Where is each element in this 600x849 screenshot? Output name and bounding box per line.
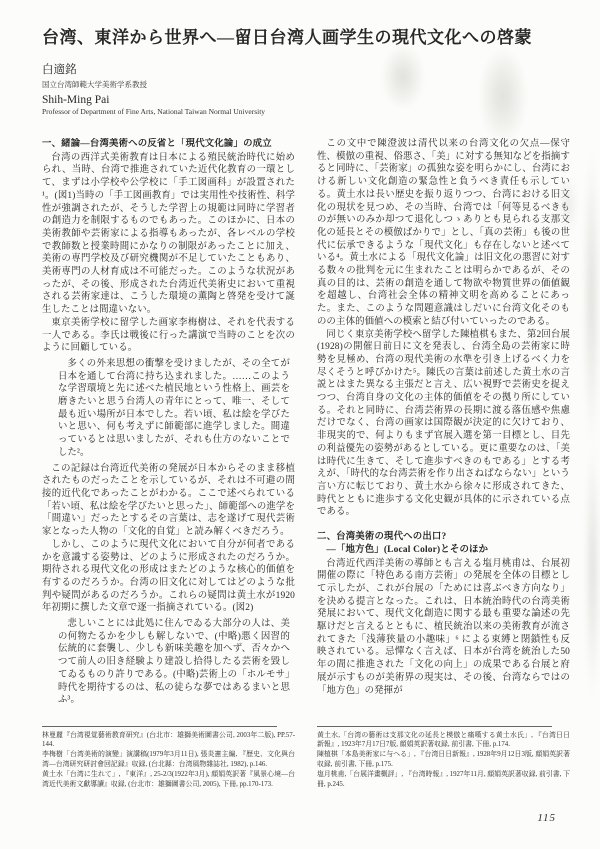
footnote-divider — [317, 726, 552, 727]
footnote-text: 林曼麗『台湾視覚藝術教育研究』(台北市：雄獅美術圖書公司, 2003年二版), … — [42, 731, 295, 750]
paper-header: 台湾、東洋から世界へ―留日台湾人画学生の現代文化への啓蒙 白適銘 国立台湾師範大… — [42, 26, 562, 116]
paragraph: この記録は台湾近代美術の発展が日本からそのまま移植されたものだったことを示してい… — [42, 463, 295, 539]
paragraph: 同じく東京美術学校へ留学した陳植棋もまた、第2回台展(1928)の開催日前日に文… — [317, 329, 570, 520]
section-heading-line1: 二、台湾美術の現代への出口? — [317, 532, 446, 542]
section-heading-line2: ―「地方色」(Local Color)とそのほか — [317, 544, 488, 557]
page-number: 115 — [537, 812, 556, 824]
footnote-text: 塩月桃甫,「台展洋畫概評」, 『台湾時報』, 1927年11月, 顔娟英訳著収録… — [317, 770, 570, 789]
footnote-divider — [42, 726, 277, 727]
right-column: この文中で陳澄波は清代以来の台湾文化の欠点―保守性、模倣の重視、俗悪さ、「美」に… — [317, 138, 570, 790]
quote-paragraph: 多くの外来思想の衝撃を受けましたが、その全てが日本を通して台湾に持ち込まれました… — [58, 358, 290, 460]
author-affiliation-en: Professor of Department of Fine Arts, Na… — [42, 107, 562, 116]
left-column-text: 台湾の西洋式美術教育は日本による殖民統治時代に始められ、当時、台湾で推進されてい… — [42, 152, 295, 710]
paragraph: この文中で陳澄波は清代以来の台湾文化の欠点―保守性、模倣の重視、俗悪さ、「美」に… — [317, 138, 570, 329]
footnote-row: 4黄土水,「台湾の藝術は支那文化の延長と模倣と痛嘆する黄土水氏」, 『台湾日日新… — [317, 731, 570, 750]
footnote-row: 2李梅樹「台湾美術的演變」演講稿(1979年3月11日), 張炎憲主編, 『歴史… — [42, 750, 295, 769]
footnote-text: 黄土水,「台湾の藝術は支那文化の延長と模倣と痛嘆する黄土水氏」, 『台湾日日新報… — [317, 731, 570, 750]
scan-smudge — [583, 148, 600, 448]
footnote-row: 5陳植棋「本島美術家に与へる」, 『台湾日日新報』, 1928年9月12日3版,… — [317, 750, 570, 769]
author-name-ja: 白適銘 — [42, 61, 562, 77]
left-column: 一、緒論―台湾美術への反省と「現代文化論」の成立 台湾の西洋式美術教育は日本によ… — [42, 138, 295, 790]
quote-paragraph: 悲しいことには此処に住んでゐる大部分の人は、美の何物たるかを少しも解しないで、(… — [58, 618, 290, 707]
author-name-en: Shih-Ming Pai — [42, 94, 562, 106]
footnote-text: 李梅樹「台湾美術的演變」演講稿(1979年3月11日), 張炎憲主編, 『歴史、… — [42, 750, 295, 769]
footnote-row: 6塩月桃甫,「台展洋畫概評」, 『台湾時報』, 1927年11月, 顔娟英訳著収… — [317, 770, 570, 789]
scan-smudge — [585, 440, 600, 700]
two-column-body: 一、緒論―台湾美術への反省と「現代文化論」の成立 台湾の西洋式美術教育は日本によ… — [42, 138, 570, 790]
paragraph: 台湾の西洋式美術教育は日本による殖民統治時代に始められ、当時、台湾で推進されてい… — [42, 152, 295, 317]
author-affiliation-ja: 国立台湾師範大学美術学系教授 — [42, 79, 562, 90]
footnote-row: 1林曼麗『台湾視覚藝術教育研究』(台北市：雄獅美術圖書公司, 2003年二版),… — [42, 731, 295, 750]
page-title: 台湾、東洋から世界へ―留日台湾人画学生の現代文化への啓蒙 — [42, 26, 562, 50]
left-footnotes: 1林曼麗『台湾視覚藝術教育研究』(台北市：雄獅美術圖書公司, 2003年二版),… — [42, 724, 295, 790]
paper-page: 台湾、東洋から世界へ―留日台湾人画学生の現代文化への啓蒙 白適銘 国立台湾師範大… — [0, 0, 600, 849]
paragraph: 台湾近代西洋美術の導師とも言える塩月桃甫は、台展初開催の際に「特色ある南方芸術」… — [317, 558, 570, 698]
right-column-text-upper: この文中で陳澄波は清代以来の台湾文化の欠点―保守性、模倣の重視、俗悪さ、「美」に… — [317, 138, 570, 519]
footnote-row: 3黄土水「台湾に生れて」, 『東洋』, 25-2/3(1922年3月), 顔娟英… — [42, 770, 295, 789]
paragraph: しかし、このように現代文化において自分が何者であるかを意識する姿勢は、どのように… — [42, 539, 295, 615]
paragraph: 東京美術学校に留学した画家李梅樹は、それを代表する一人である。李氏は戦後に行った… — [42, 317, 295, 355]
section-heading-intro: 一、緒論―台湾美術への反省と「現代文化論」の成立 — [42, 138, 295, 151]
footnote-text: 黄土水「台湾に生れて」, 『東洋』, 25-2/3(1922年3月), 顔娟英訳… — [42, 770, 295, 789]
right-column-text-lower: 台湾近代西洋美術の導師とも言える塩月桃甫は、台展初開催の際に「特色ある南方芸術」… — [317, 558, 570, 698]
section-heading-local-color: 二、台湾美術の現代への出口? ―「地方色」(Local Color)とそのほか — [317, 531, 570, 556]
right-footnotes: 4黄土水,「台湾の藝術は支那文化の延長と模倣と痛嘆する黄土水氏」, 『台湾日日新… — [317, 724, 570, 790]
footnote-text: 陳植棋「本島美術家に与へる」, 『台湾日日新報』, 1928年9月12日3版, … — [317, 750, 570, 769]
